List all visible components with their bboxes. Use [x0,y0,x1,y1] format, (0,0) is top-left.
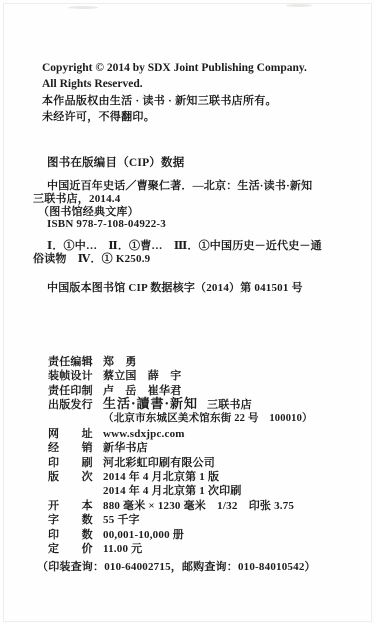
copyright-line-english-2: All Rights Reserved. [42,77,375,93]
cip-series-line: （图书馆经典文库） [38,206,375,219]
cip-title-line-1: 中国近百年史话／曹聚仁著．—北京：生活·读书·新知 [47,180,375,193]
cip-body: 中国近百年史话／曹聚仁著．—北京：生活·读书·新知 三联书店，2014.4 （图… [33,180,375,231]
colophon-row-distributor: 经 销 新华书店 [48,441,375,455]
publisher-address: （北京市东城区美术馆东街 22 号 100010） [103,412,313,426]
row-value: 蔡立国 薛 宇 [103,369,181,383]
row-value: 河北彩虹印刷有限公司 [103,456,215,470]
colophon-row-printing: 2014 年 4 月北京第 1 次印刷 [48,484,375,498]
colophon-row-publisher: 出版发行 生活·讀書·新知 三联书店 [48,398,375,412]
copyright-line-chinese-1: 本作品版权由生活 · 读书 · 新知三联书店所有。 [42,94,375,110]
row-value: 2014 年 4 月北京第 1 版 [103,470,219,484]
row-label: 定 价 [48,542,94,556]
colophon-row-wordcount: 字 数 55 千字 [48,513,375,527]
cip-heading: 图书在版编目（CIP）数据 [47,154,375,170]
cip-isbn-line: ISBN 978-7-108-04922-3 [47,218,375,231]
row-label: 网 址 [48,427,94,441]
row-label: 印 数 [48,528,94,542]
website-url: www.sdxjpc.com [103,427,185,441]
colophon-row-printrun: 印 数 00,001-10,000 册 [48,528,375,542]
row-value: 新华书店 [103,441,148,455]
colophon-row-edition: 版 次 2014 年 4 月北京第 1 版 [48,470,375,484]
cip-block: 图书在版编目（CIP）数据 中国近百年史话／曹聚仁著．—北京：生活·读书·新知 … [33,154,375,295]
row-label: 装帧设计 [48,369,94,383]
inquiry-phone-line: （印装查询：010-64002715，邮购查询：010-84010542） [37,558,375,574]
cip-classification: Ⅰ．①中… Ⅱ．①曹… Ⅲ．①中国历史－近代史－通 俗读物 Ⅳ．① K250.9 [33,240,375,266]
colophon-row-address: （北京市东城区美术馆东街 22 号 100010） [48,412,375,426]
row-label: 责任编辑 [48,355,94,369]
row-value: 卢 岳 崔华君 [103,384,181,398]
scan-artifact [68,6,98,9]
row-label: 出版发行 [48,398,94,412]
row-label: 版 次 [48,470,94,484]
copyright-line-english-1: Copyright © 2014 by SDX Joint Publishing… [42,61,375,77]
colophon-row-format: 开 本 880 毫米 × 1230 毫米 1/32 印张 3.75 [48,499,375,513]
row-label: 责任印制 [48,384,94,398]
row-value: 郑 勇 [103,355,137,369]
cip-title-line-2: 三联书店，2014.4 [33,193,375,206]
colophon-row-print-supervisor: 责任印制 卢 岳 崔华君 [48,384,375,398]
publisher-value: 生活·讀書·新知 三联书店 [103,398,252,412]
cip-class-line-2: 俗读物 Ⅳ．① K250.9 [33,253,375,266]
row-value: 880 毫米 × 1230 毫米 1/32 印张 3.75 [103,499,294,513]
row-label: 字 数 [48,513,94,527]
publisher-logotype: 生活·讀書·新知 [103,397,198,412]
row-value: 2014 年 4 月北京第 1 次印刷 [103,484,242,498]
publisher-name: 三联书店 [207,399,252,411]
row-label: 开 本 [48,499,94,513]
row-value: 55 千字 [103,513,140,527]
row-value: 00,001-10,000 册 [103,528,184,542]
row-label: 经 销 [48,441,94,455]
copyright-block: Copyright © 2014 by SDX Joint Publishing… [42,0,375,125]
colophon-row-printer: 印 刷 河北彩虹印刷有限公司 [48,456,375,470]
row-value: 11.00 元 [103,542,142,556]
colophon-block: 责任编辑 郑 勇 装帧设计 蔡立国 薛 宇 责任印制 卢 岳 崔华君 出版发行 … [48,355,375,557]
cip-record-line: 中国版本图书馆 CIP 数据核字（2014）第 041501 号 [47,279,375,295]
colophon-row-designer: 装帧设计 蔡立国 薛 宇 [48,369,375,383]
row-label: 印 刷 [48,456,94,470]
colophon-row-price: 定 价 11.00 元 [48,542,375,556]
colophon-row-editor: 责任编辑 郑 勇 [48,355,375,369]
book-copyright-page: Copyright © 2014 by SDX Joint Publishing… [0,0,375,625]
copyright-line-chinese-2: 未经许可，不得翻印。 [42,110,375,126]
cip-class-line-1: Ⅰ．①中… Ⅱ．①曹… Ⅲ．①中国历史－近代史－通 [47,240,375,253]
colophon-row-website: 网 址 www.sdxjpc.com [48,427,375,441]
scan-artifact [286,4,312,7]
